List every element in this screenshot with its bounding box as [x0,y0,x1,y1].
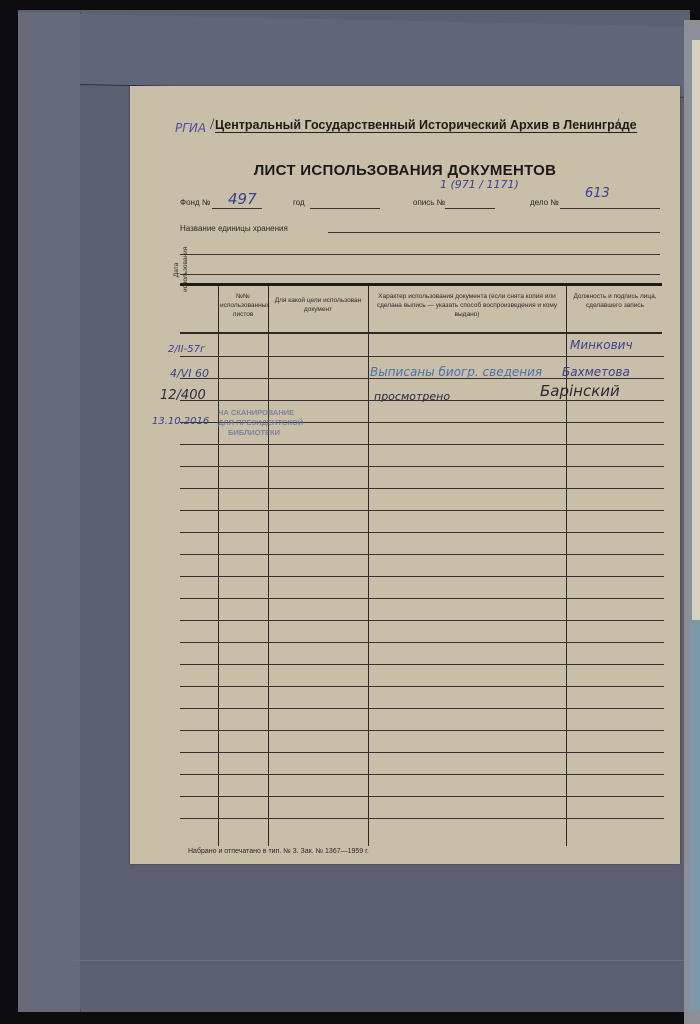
header-signature: Должность и подпись лица, сделавшего зап… [568,292,662,310]
opis-line [445,208,495,209]
header-character: Характер использования документа (если с… [370,292,564,319]
header-sheets: №№ использованных листов [220,292,266,319]
delo-value: 613 [585,186,610,201]
delo-line [560,208,660,209]
name-line-2 [180,254,660,255]
column-divider [218,286,219,846]
table-row-line [180,686,664,687]
table-row-line [180,796,664,797]
table-row-line [180,598,664,599]
archive-mark-handwritten: РГИА [175,121,206,135]
table-cell-signature: Барінский [540,382,620,400]
underlying-blue-cover-edge [690,620,700,1010]
table-cell-date: 12/400 [160,388,206,403]
storage-unit-name-label: Название единицы хранения [180,224,288,233]
table-cell-date: 2/II-57г [168,344,205,355]
name-line [328,232,660,233]
table-cell-character: Выписаны биогр. сведения [370,365,542,379]
folder-spine [18,12,81,1012]
god-label: год [293,198,305,207]
table-row-line [180,708,664,709]
stamp-line: БИБЛИОТЕКИ [218,428,303,438]
fond-line [212,208,262,209]
stamp-line: ДЛЯ ПРЕЗИДЕНТСКОЙ [218,418,303,428]
opis-value: 1 (971 / 1171) [440,178,519,191]
print-info-footer: Набрано и отпечатано в тип. № 3. Зак. № … [188,848,369,855]
table-row-line [180,730,664,731]
folder-fold-line [70,960,688,961]
table-row-line [180,774,664,775]
table-row-line [180,752,664,753]
delo-label: дело № [530,198,559,207]
archive-name: Центральный Государственный Исторический… [215,118,637,133]
table-row-line [180,532,664,533]
table-cell-signature: Бахметова [562,365,630,379]
table-row-line [180,488,664,489]
slash-mark: / [615,116,619,134]
fond-label: Фонд № [180,198,210,207]
table-row-line [180,818,664,819]
table-cell-date: 4/VI 60 [170,367,209,380]
slash-mark: / [210,116,214,134]
god-line [310,208,380,209]
table-cell-signature: Минкович [570,338,633,352]
table-row-line [180,664,664,665]
table-row-line [180,510,664,511]
opis-label: опись № [413,198,445,207]
column-divider [268,286,269,846]
scanning-stamp: НА СКАНИРОВАНИЕ ДЛЯ ПРЕЗИДЕНТСКОЙ БИБЛИО… [218,408,303,438]
table-row-line [180,620,664,621]
table-cell-date: 13.10.2016 [152,416,209,427]
underlying-sheet-edge [692,40,700,620]
table-row-line [180,642,664,643]
fond-value: 497 [228,190,257,208]
table-row-line [180,444,664,445]
page-title: ЛИСТ ИСПОЛЬЗОВАНИЯ ДОКУМЕНТОВ [130,162,680,179]
stamp-line: НА СКАНИРОВАНИЕ [218,408,303,418]
column-divider [368,286,369,846]
usage-sheet: РГИА / Центральный Государственный Истор… [130,86,680,864]
table-top-border [180,283,662,286]
table-row-line [180,554,664,555]
name-line-3 [180,274,660,275]
table-cell-character: просмотрено [374,390,450,403]
header-purpose: Для какой цели использован документ [272,296,364,314]
table-row-line [180,466,664,467]
table-row-line [180,576,664,577]
header-date: Дата использования [172,248,190,292]
table-row-line [180,356,664,357]
table-header-border [180,332,662,334]
